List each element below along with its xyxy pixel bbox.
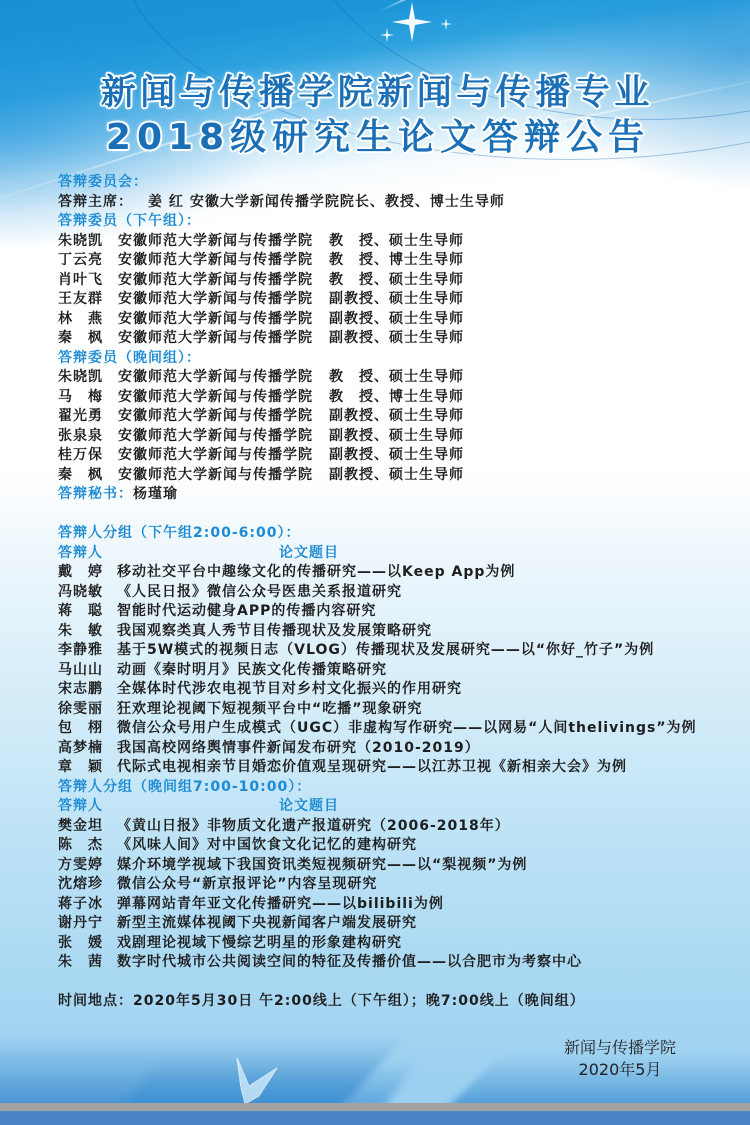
member-rank: 教 授 [329,388,374,408]
presenter-name: 高梦楠 [58,739,103,759]
thesis-title: 微信公众号用户生成模式（UGC）非虚构写作研究——以网易“人间theliving… [117,719,697,739]
presenter-name: 徐雯丽 [58,700,103,720]
presenter-name: 包 栩 [58,719,103,739]
presenter-name: 蒋子冰 [58,895,103,915]
thesis-title: 我国高校网络舆情事件新闻发布研究（2010-2019） [117,739,480,759]
announcement-body: 答辩委员会： 答辩主席：姜 红安徽大学新闻传播学院院长、教授、博士生导师 答辩委… [58,173,738,1012]
evening-table-header: 答辩人 论文题目 [58,797,738,817]
presenter-row: 包 栩微信公众号用户生成模式（UGC）非虚构写作研究——以网易“人间theliv… [58,719,738,739]
presenter-name: 朱 敏 [58,622,103,642]
separator: 、 [374,271,389,291]
member-rank: 副教授 [329,466,374,486]
presenter-name: 戴 婷 [58,563,103,583]
thesis-title: 基于5W模式的视频日志（VLOG）传播现状及发展研究——以“你好_竹子”为例 [117,641,654,661]
member-rank: 教 授 [329,271,374,291]
member-role: 硕士生导师 [389,290,464,310]
member-name: 桂万保 [58,446,103,466]
secretary-name: 杨瑾瑜 [133,486,178,502]
presenter-name: 蒋 聪 [58,602,103,622]
member-role: 硕士生导师 [389,271,464,291]
thesis-title: 我国观察类真人秀节目传播现状及发展策略研究 [117,622,432,642]
presenter-row: 张 媛戏剧理论视域下慢综艺明星的形象建构研究 [58,934,738,954]
member-rank: 副教授 [329,290,374,310]
member-role: 博士生导师 [389,251,464,271]
committee-member-row: 桂万保安徽师范大学新闻与传播学院副教授、硕士生导师 [58,446,738,466]
member-name: 朱晓凯 [58,232,103,252]
member-rank: 副教授 [329,427,374,447]
member-rank: 副教授 [329,407,374,427]
member-affiliation: 安徽师范大学新闻与传播学院 [118,466,313,486]
committee-heading: 答辩委员会： [58,173,738,193]
member-rank: 教 授 [329,368,374,388]
evening-committee-heading: 答辩委员（晚间组）： [58,349,738,369]
separator: 、 [374,232,389,252]
member-affiliation: 安徽师范大学新闻与传播学院 [118,290,313,310]
spacer-row [58,973,738,993]
presenter-row: 方雯婷媒介环境学视域下我国资讯类短视频研究——以“梨视频”为例 [58,856,738,876]
presenter-row: 朱 敏我国观察类真人秀节目传播现状及发展策略研究 [58,622,738,642]
member-affiliation: 安徽师范大学新闻与传播学院 [118,329,313,349]
member-role: 博士生导师 [389,388,464,408]
signature-organization: 新闻与传播学院 [560,1038,680,1058]
thesis-title: 智能时代运动健身APP的传播内容研究 [117,602,376,622]
column-header-thesis-title: 论文题目 [279,544,339,564]
presenter-row: 朱 茜数字时代城市公共阅读空间的特征及传播价值——以合肥市为考察中心 [58,953,738,973]
committee-member-row: 秦 枫安徽师范大学新闻与传播学院副教授、硕士生导师 [58,466,738,486]
member-role: 硕士生导师 [389,407,464,427]
presenter-row: 戴 婷移动社交平台中趣缘文化的传播研究——以Keep App为例 [58,563,738,583]
secretary-label: 答辩秘书： [58,486,133,502]
sparkle-star-icon [392,2,432,42]
presenter-name: 方雯婷 [58,856,103,876]
thesis-title: 媒介环境学视域下我国资讯类短视频研究——以“梨视频”为例 [117,856,527,876]
committee-member-row: 肖叶飞安徽师范大学新闻与传播学院教 授、硕士生导师 [58,271,738,291]
committee-member-row: 朱晓凯安徽师范大学新闻与传播学院教 授、硕士生导师 [58,368,738,388]
committee-member-row: 张泉泉安徽师范大学新闻与传播学院副教授、硕士生导师 [58,427,738,447]
member-affiliation: 安徽师范大学新闻与传播学院 [118,271,313,291]
committee-member-row: 朱晓凯安徽师范大学新闻与传播学院教 授、硕士生导师 [58,232,738,252]
member-affiliation: 安徽师范大学新闻与传播学院 [118,427,313,447]
thesis-title: 《人民日报》微信公众号医患关系报道研究 [117,583,402,603]
secretary-row: 答辩秘书：杨瑾瑜 [58,485,738,505]
presenter-row: 冯晓敏《人民日报》微信公众号医患关系报道研究 [58,583,738,603]
committee-member-row: 王友群安徽师范大学新闻与传播学院副教授、硕士生导师 [58,290,738,310]
evening-group-heading: 答辩人分组（晚间组7:00-10:00）： [58,778,738,798]
member-name: 朱晓凯 [58,368,103,388]
presenter-row: 徐雯丽狂欢理论视阈下短视频平台中“吃播”现象研究 [58,700,738,720]
committee-member-row: 翟光勇安徽师范大学新闻与传播学院副教授、硕士生导师 [58,407,738,427]
thesis-title: 数字时代城市公共阅读空间的特征及传播价值——以合肥市为考察中心 [117,953,582,973]
member-rank: 副教授 [329,329,374,349]
sparkle-star-icon [380,28,394,42]
member-role: 硕士生导师 [389,446,464,466]
member-role: 硕士生导师 [389,232,464,252]
separator: 、 [374,310,389,330]
committee-member-row: 秦 枫安徽师范大学新闻与传播学院副教授、硕士生导师 [58,329,738,349]
crystal-star-icon [225,1058,285,1104]
member-rank: 副教授 [329,446,374,466]
sparkle-star-icon [440,18,452,30]
poster-title-line1: 新闻与传播学院新闻与传播专业 [0,72,750,114]
member-role: 硕士生导师 [389,310,464,330]
committee-member-row: 林 燕安徽师范大学新闻与传播学院副教授、硕士生导师 [58,310,738,330]
thesis-title: 新型主流媒体视阈下央视新闻客户端发展研究 [117,914,417,934]
column-header-thesis-title: 论文题目 [279,797,339,817]
committee-member-row: 马 梅安徽师范大学新闻与传播学院教 授、博士生导师 [58,388,738,408]
presenter-name: 冯晓敏 [58,583,103,603]
separator: 、 [374,329,389,349]
footer-grey-strip [0,1103,750,1111]
member-affiliation: 安徽师范大学新闻与传播学院 [118,232,313,252]
separator: 、 [374,407,389,427]
presenter-name: 李静雅 [58,641,103,661]
presenter-name: 张 媛 [58,934,103,954]
member-name: 翟光勇 [58,407,103,427]
thesis-title: 代际式电视相亲节目婚恋价值观呈现研究——以江苏卫视《新相亲大会》为例 [117,758,627,778]
thesis-title: 戏剧理论视域下慢综艺明星的形象建构研究 [117,934,402,954]
presenter-name: 樊金坦 [58,817,103,837]
member-affiliation: 安徽师范大学新闻与传播学院 [118,251,313,271]
member-name: 张泉泉 [58,427,103,447]
member-role: 硕士生导师 [389,427,464,447]
chair-info: 安徽大学新闻传播学院院长、教授、博士生导师 [190,194,505,210]
presenter-name: 沈熔珍 [58,875,103,895]
thesis-title: 微信公众号“新京报评论”内容呈现研究 [117,875,377,895]
member-role: 硕士生导师 [389,466,464,486]
separator: 、 [374,388,389,408]
member-affiliation: 安徽师范大学新闻与传播学院 [118,407,313,427]
presenter-row: 沈熔珍微信公众号“新京报评论”内容呈现研究 [58,875,738,895]
presenter-row: 李静雅基于5W模式的视频日志（VLOG）传播现状及发展研究——以“你好_竹子”为… [58,641,738,661]
presenter-name: 谢丹宁 [58,914,103,934]
member-role: 硕士生导师 [389,329,464,349]
presenter-row: 宋志鹏全媒体时代涉农电视节目对乡村文化振兴的作用研究 [58,680,738,700]
member-rank: 教 授 [329,251,374,271]
spacer-row [58,505,738,525]
member-name: 秦 枫 [58,329,103,349]
committee-member-row: 丁云亮安徽师范大学新闻与传播学院教 授、博士生导师 [58,251,738,271]
presenter-row: 蒋子冰弹幕网站青年亚文化传播研究——以bilibili为例 [58,895,738,915]
presenter-name: 章 颖 [58,758,103,778]
member-name: 肖叶飞 [58,271,103,291]
member-name: 王友群 [58,290,103,310]
presenter-row: 章 颖代际式电视相亲节目婚恋价值观呈现研究——以江苏卫视《新相亲大会》为例 [58,758,738,778]
member-name: 马 梅 [58,388,103,408]
member-name: 秦 枫 [58,466,103,486]
presenter-row: 高梦楠我国高校网络舆情事件新闻发布研究（2010-2019） [58,739,738,759]
presenter-name: 宋志鹏 [58,680,103,700]
column-header-presenter: 答辩人 [58,798,103,814]
schedule-line: 时间地点：2020年5月30日 午2:00线上（下午组）；晚7:00线上（晚间组… [58,992,738,1012]
thesis-title: 全媒体时代涉农电视节目对乡村文化振兴的作用研究 [117,680,462,700]
chair-label: 答辩主席： [58,194,133,210]
thesis-title: 移动社交平台中趣缘文化的传播研究——以Keep App为例 [117,563,515,583]
separator: 、 [374,251,389,271]
presenter-name: 陈 杰 [58,836,103,856]
presenter-name: 马山山 [58,661,103,681]
signature-date: 2020年5月 [560,1060,680,1080]
thesis-title: 弹幕网站青年亚文化传播研究——以bilibili为例 [117,895,444,915]
member-affiliation: 安徽师范大学新闻与传播学院 [118,446,313,466]
poster-title-line2: 2018级研究生论文答辩公告 [0,117,750,159]
thesis-title: 《风味人间》对中国饮食文化记忆的建构研究 [117,836,417,856]
separator: 、 [374,466,389,486]
presenter-row: 谢丹宁新型主流媒体视阈下央视新闻客户端发展研究 [58,914,738,934]
member-affiliation: 安徽师范大学新闻与传播学院 [118,388,313,408]
member-affiliation: 安徽师范大学新闻与传播学院 [118,310,313,330]
separator: 、 [374,290,389,310]
presenter-name: 朱 茜 [58,953,103,973]
member-role: 硕士生导师 [389,368,464,388]
member-affiliation: 安徽师范大学新闻与传播学院 [118,368,313,388]
chair-name: 姜 红 [148,194,184,210]
afternoon-table-header: 答辩人 论文题目 [58,544,738,564]
member-name: 丁云亮 [58,251,103,271]
presenter-row: 陈 杰《风味人间》对中国饮食文化记忆的建构研究 [58,836,738,856]
footer-blue-strip [0,1111,750,1125]
committee-chair-row: 答辩主席：姜 红安徽大学新闻传播学院院长、教授、博士生导师 [58,193,738,213]
separator: 、 [374,446,389,466]
thesis-title: 狂欢理论视阈下短视频平台中“吃播”现象研究 [117,700,422,720]
member-rank: 副教授 [329,310,374,330]
afternoon-committee-heading: 答辩委员（下午组）： [58,212,738,232]
presenter-row: 蒋 聪智能时代运动健身APP的传播内容研究 [58,602,738,622]
presenter-row: 马山山动画《秦时明月》民族文化传播策略研究 [58,661,738,681]
column-header-presenter: 答辩人 [58,545,103,561]
afternoon-group-heading: 答辩人分组（下午组2:00-6:00）： [58,524,738,544]
separator: 、 [374,368,389,388]
thesis-title: 《黄山日报》非物质文化遗产报道研究（2006-2018年） [117,817,510,837]
member-rank: 教 授 [329,232,374,252]
presenter-row: 樊金坦《黄山日报》非物质文化遗产报道研究（2006-2018年） [58,817,738,837]
separator: 、 [374,427,389,447]
thesis-title: 动画《秦时明月》民族文化传播策略研究 [117,661,387,681]
member-name: 林 燕 [58,310,103,330]
